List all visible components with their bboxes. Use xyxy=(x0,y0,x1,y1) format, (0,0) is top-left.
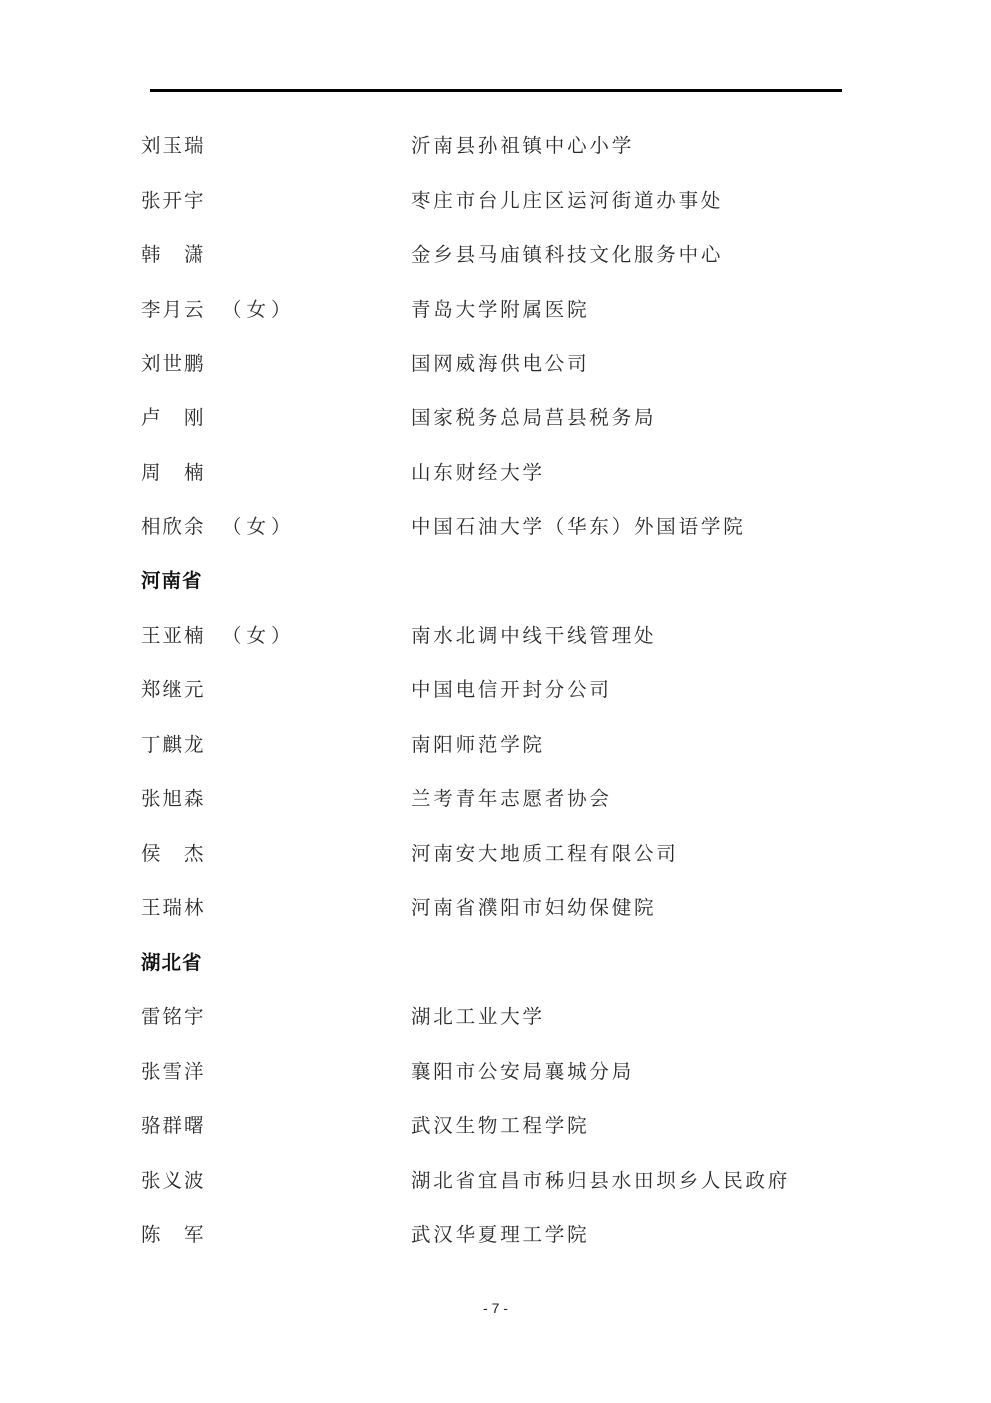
organization: 青岛大学附属医院 xyxy=(411,295,589,325)
organization: 中国石油大学（华东）外国语学院 xyxy=(411,512,746,542)
list-item: 雷铭宇 湖北工业大学 xyxy=(141,1002,901,1032)
organization: 河南安大地质工程有限公司 xyxy=(411,839,679,869)
person-name: 王瑞林 xyxy=(141,893,206,923)
organization: 武汉华夏理工学院 xyxy=(411,1220,589,1250)
person-name: 侯 杰 xyxy=(141,839,206,869)
list-item: 张旭森 兰考青年志愿者协会 xyxy=(141,784,901,814)
person-name: 丁麒龙 xyxy=(141,730,206,760)
list-item: 郑继元 中国电信开封分公司 xyxy=(141,675,901,705)
organization: 湖北工业大学 xyxy=(411,1002,545,1032)
organization: 南水北调中线干线管理处 xyxy=(411,621,656,651)
province-heading-henan: 河南省 xyxy=(141,566,901,596)
gender-note: （女） xyxy=(222,512,296,542)
person-name: 相欣余 xyxy=(141,512,206,542)
person-name: 陈 军 xyxy=(141,1220,206,1250)
organization: 襄阳市公安局襄城分局 xyxy=(411,1057,634,1087)
organization: 兰考青年志愿者协会 xyxy=(411,784,612,814)
gender-note: （女） xyxy=(222,295,296,325)
page-number: - 7 - xyxy=(0,1300,991,1316)
list-item: 王瑞林 河南省濮阳市妇幼保健院 xyxy=(141,893,901,923)
organization: 国家税务总局莒县税务局 xyxy=(411,403,656,433)
organization: 南阳师范学院 xyxy=(411,730,545,760)
organization: 河南省濮阳市妇幼保健院 xyxy=(411,893,656,923)
person-name: 雷铭宇 xyxy=(141,1002,206,1032)
person-name: 张雪洋 xyxy=(141,1057,206,1087)
header-rule xyxy=(150,89,842,92)
person-name: 韩 潇 xyxy=(141,240,206,270)
list-item: 李月云 （女） 青岛大学附属医院 xyxy=(141,295,901,325)
organization: 枣庄市台儿庄区运河街道办事处 xyxy=(411,186,723,216)
organization: 国网威海供电公司 xyxy=(411,349,589,379)
organization: 金乡县马庙镇科技文化服务中心 xyxy=(411,240,723,270)
person-name: 张旭森 xyxy=(141,784,206,814)
province-heading-hubei: 湖北省 xyxy=(141,948,901,978)
person-name: 卢 刚 xyxy=(141,403,206,433)
list-item: 张雪洋 襄阳市公安局襄城分局 xyxy=(141,1057,901,1087)
list-item: 丁麒龙 南阳师范学院 xyxy=(141,730,901,760)
organization: 中国电信开封分公司 xyxy=(411,675,612,705)
organization: 湖北省宜昌市秭归县水田坝乡人民政府 xyxy=(411,1166,790,1196)
person-name: 刘玉瑞 xyxy=(141,131,206,161)
list-item: 侯 杰 河南安大地质工程有限公司 xyxy=(141,839,901,869)
list-item: 刘世鹏 国网威海供电公司 xyxy=(141,349,901,379)
list-item: 张开宇 枣庄市台儿庄区运河街道办事处 xyxy=(141,186,901,216)
list-item: 相欣余 （女） 中国石油大学（华东）外国语学院 xyxy=(141,512,901,542)
list-item: 卢 刚 国家税务总局莒县税务局 xyxy=(141,403,901,433)
list-item: 陈 军 武汉华夏理工学院 xyxy=(141,1220,901,1250)
person-name: 张开宇 xyxy=(141,186,206,216)
list-item: 韩 潇 金乡县马庙镇科技文化服务中心 xyxy=(141,240,901,270)
organization: 沂南县孙祖镇中心小学 xyxy=(411,131,634,161)
province-name: 河南省 xyxy=(141,566,203,596)
list-item: 张义波 湖北省宜昌市秭归县水田坝乡人民政府 xyxy=(141,1166,901,1196)
list-item: 王亚楠 （女） 南水北调中线干线管理处 xyxy=(141,621,901,651)
gender-note: （女） xyxy=(222,621,296,651)
person-name: 刘世鹏 xyxy=(141,349,206,379)
person-name: 骆群曙 xyxy=(141,1111,206,1141)
person-name: 周 楠 xyxy=(141,458,206,488)
organization: 武汉生物工程学院 xyxy=(411,1111,589,1141)
list-item: 骆群曙 武汉生物工程学院 xyxy=(141,1111,901,1141)
organization: 山东财经大学 xyxy=(411,458,545,488)
list-item: 周 楠 山东财经大学 xyxy=(141,458,901,488)
person-name: 李月云 xyxy=(141,295,206,325)
person-name: 王亚楠 xyxy=(141,621,206,651)
list-item: 刘玉瑞 沂南县孙祖镇中心小学 xyxy=(141,131,901,161)
person-name: 张义波 xyxy=(141,1166,206,1196)
person-name: 郑继元 xyxy=(141,675,206,705)
province-name: 湖北省 xyxy=(141,948,203,978)
